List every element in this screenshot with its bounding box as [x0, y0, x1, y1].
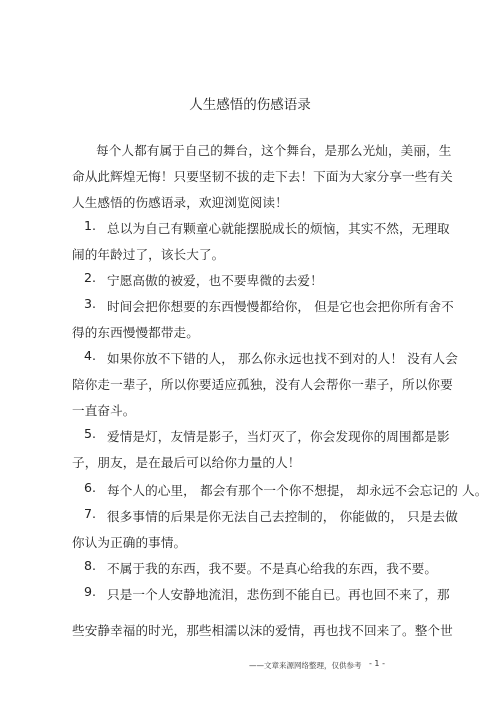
intro-line-1: 每个人都有属于自己的舞台，这个舞台，是那么光灿，美丽，生	[96, 140, 451, 159]
item-number: 4.	[84, 348, 96, 363]
item-line: 些安静幸福的时光，那些相濡以沫的爱情，再也找不回来了。整个世	[72, 620, 453, 639]
item-line: 爱情是灯，友情是影子，当灯灭了，你会发现你的周围都是影	[107, 426, 450, 445]
document-title: 人生感悟的伤感语录	[0, 93, 500, 113]
item-line: 子，朋友，是在最后可以给你力量的人！	[72, 452, 301, 471]
item-line: 不属于我的东西，我不要。不是真心给我的东西，我不要。	[107, 558, 437, 577]
item-line: 如果你放不下错的人， 那么你永远也找不到对的人！ 没有人会	[107, 348, 458, 367]
item-line: 时间会把你想要的东西慢慢都给你， 但是它也会把你所有舍不	[107, 296, 454, 315]
intro-line-2: 命从此辉煌无悔！只要坚韧不拔的走下去！下面为大家分享一些有关	[72, 166, 453, 185]
item-line: 只是一个人安静地流泪，悲伤到不能自已。再也回不来了，那	[107, 584, 450, 603]
item-number: 3.	[84, 296, 96, 311]
item-line: 陪你走一辈子，所以你要适应孤独，没有人会帮你一辈子，所以你要	[72, 374, 453, 393]
item-line: 一直奋斗。	[72, 400, 135, 419]
item-line: 宁愿高傲的被爱，也不要卑微的去爱！	[107, 270, 323, 289]
item-number: 1.	[84, 218, 96, 233]
item-number: 8.	[84, 558, 96, 573]
item-number: 9.	[84, 584, 96, 599]
item-line: 很多事情的后果是你无法自己去控制的， 你能做的， 只是去做	[107, 506, 458, 525]
footer-source-note: ——文章来源网络整理，仅供参考	[249, 660, 362, 671]
item-number: 7.	[84, 506, 96, 521]
page-number: - 1 -	[369, 659, 385, 668]
item-line: 总以为自己有颗童心就能摆脱成长的烦恼，其实不然，无理取	[107, 218, 450, 237]
item-number: 5.	[84, 426, 96, 441]
item-line: 你认为正确的事情。	[72, 532, 186, 551]
item-line: 每个人的心里， 都会有那个一个你不想提， 却永远不会忘记的 人。	[107, 480, 487, 499]
item-line: 闹的年龄过了，该长大了。	[72, 244, 224, 263]
item-number: 2.	[84, 270, 96, 285]
item-line: 得的东西慢慢都带走。	[72, 322, 199, 341]
item-number: 6.	[84, 480, 96, 495]
intro-line-3: 人生感悟的伤感语录，欢迎浏览阅读！	[72, 192, 288, 211]
